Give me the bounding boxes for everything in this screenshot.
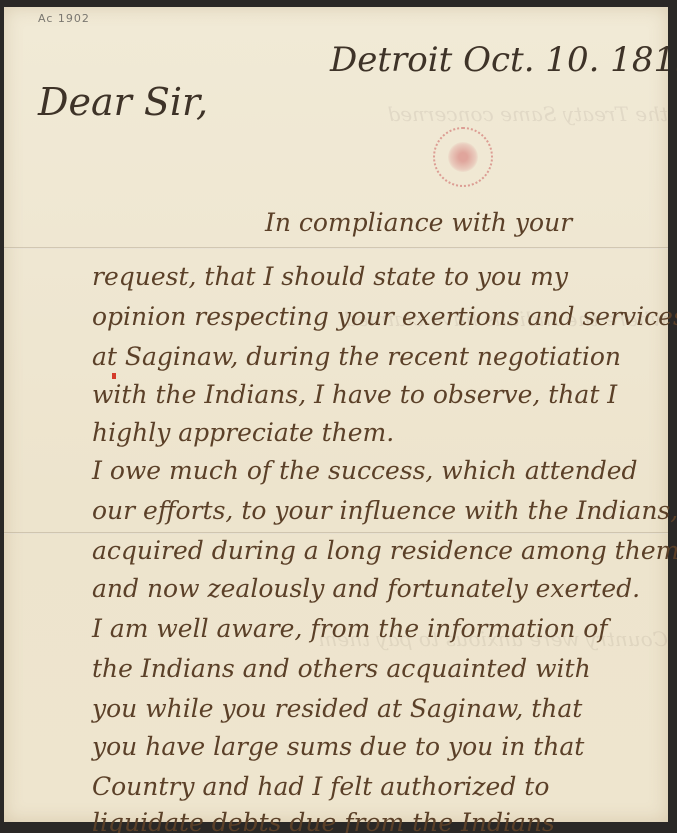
library-stamp bbox=[433, 127, 493, 187]
letter-line: In compliance with your bbox=[265, 208, 572, 237]
letter-line: and now zealously and fortunately exerte… bbox=[92, 574, 640, 603]
letter-line: request, that I should state to you my bbox=[92, 262, 568, 291]
letter-line: acquired during a long residence among t… bbox=[92, 536, 677, 565]
letter-line: I am well aware, from the information of bbox=[92, 614, 608, 643]
accession-note: Ac 1902 bbox=[38, 12, 90, 25]
letter-line: our efforts, to your influence with the … bbox=[92, 496, 677, 525]
letter-line: highly appreciate them. bbox=[92, 418, 394, 447]
salutation: Dear Sir, bbox=[38, 80, 208, 124]
letter-line: you while you resided at Saginaw, that bbox=[92, 694, 582, 723]
fold-line bbox=[4, 532, 668, 534]
letter-line: at Saginaw, during the recent negotiatio… bbox=[92, 342, 621, 371]
letter-line: the Indians and others acquainted with bbox=[92, 654, 591, 683]
red-ink-mark bbox=[112, 373, 116, 379]
dateline: Detroit Oct. 10. 1819 — bbox=[330, 40, 677, 80]
letter-line: liquidate debts due from the Indians bbox=[92, 808, 555, 833]
fold-line bbox=[4, 247, 668, 249]
eagle-emblem-icon bbox=[448, 142, 478, 172]
letter-line: opinion respecting your exertions and se… bbox=[92, 302, 677, 331]
letter-line: I owe much of the success, which attende… bbox=[92, 456, 638, 485]
letter-line: with the Indians, I have to observe, tha… bbox=[92, 380, 617, 409]
letter-line: you have large sums due to you in that bbox=[92, 732, 584, 761]
letter-line: Country and had I felt authorized to bbox=[92, 772, 549, 801]
